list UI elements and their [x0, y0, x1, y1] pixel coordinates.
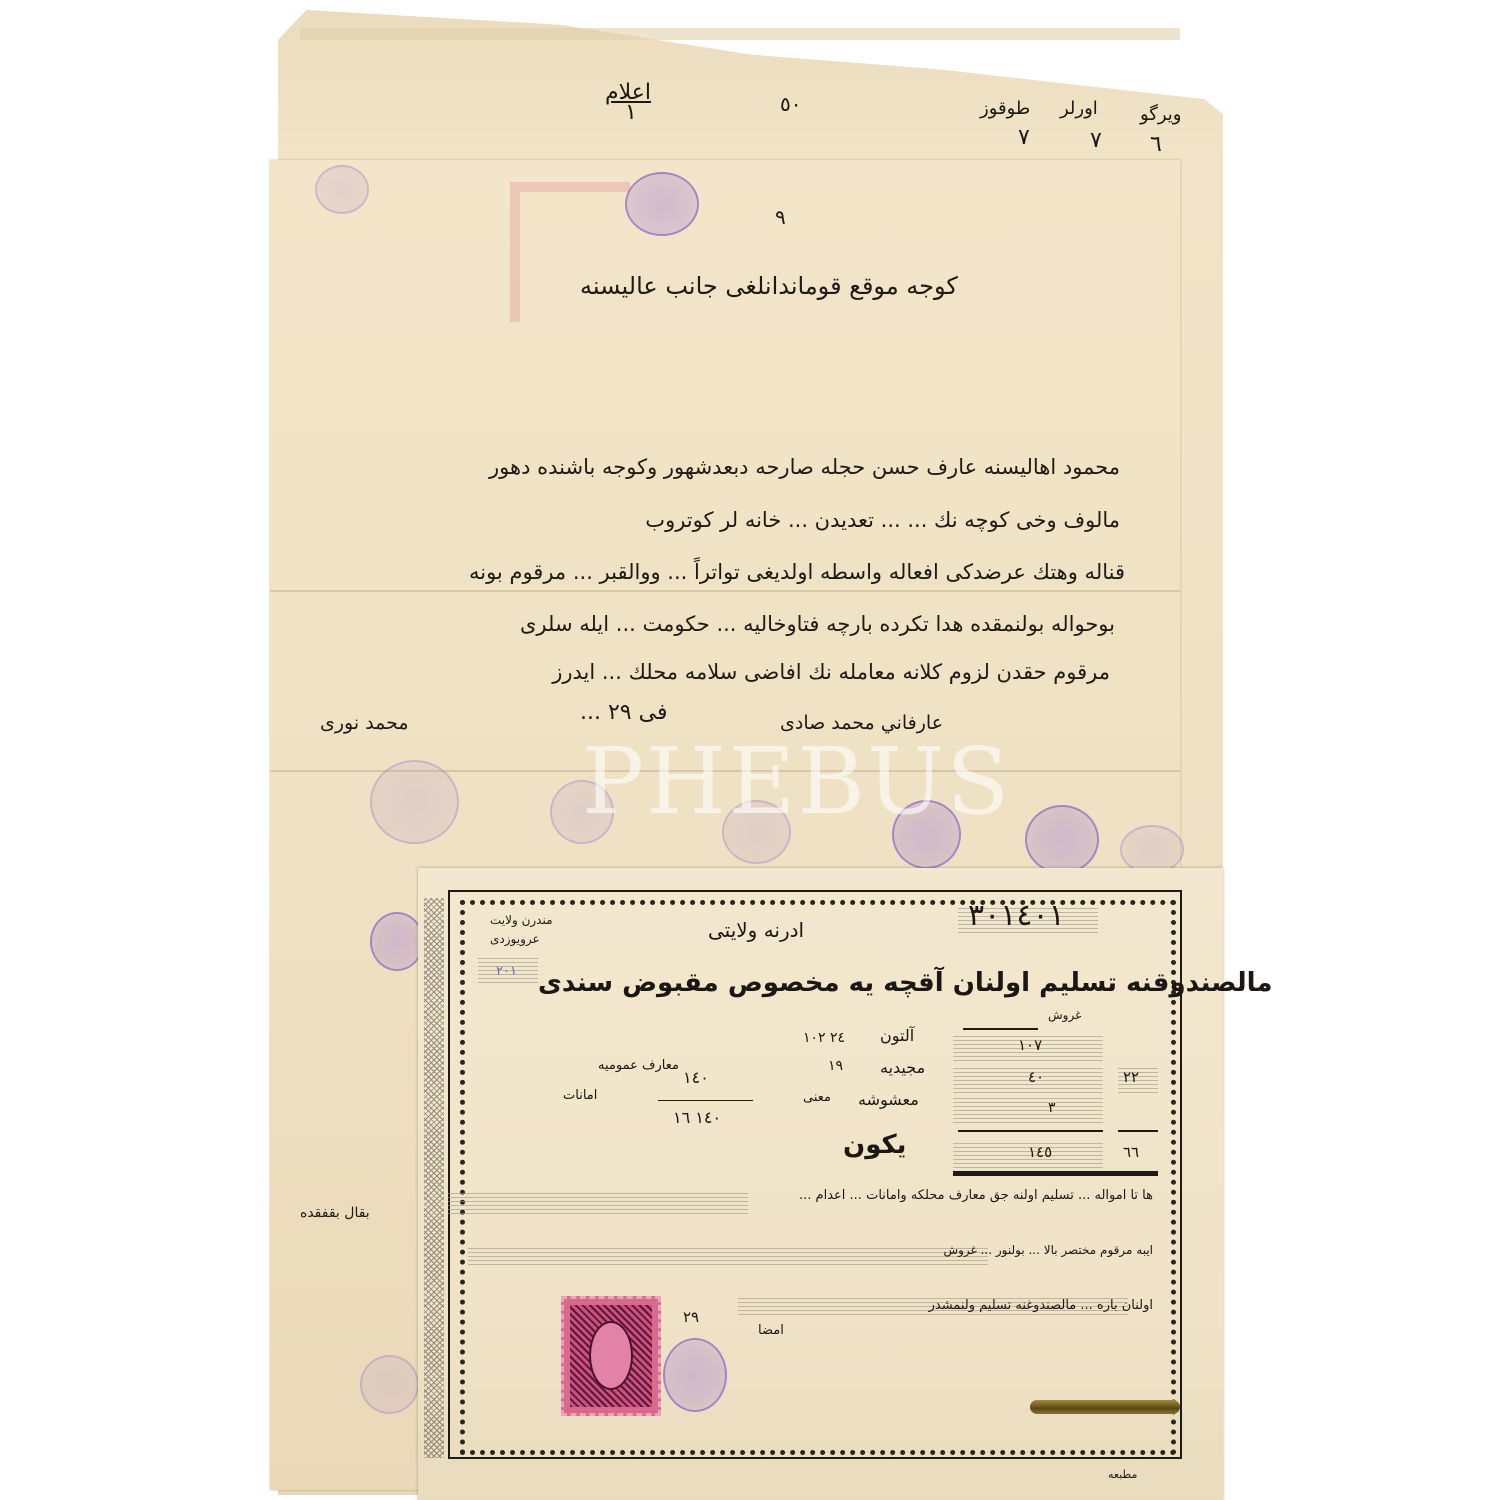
receipt-document: ٣٠١٤٠١ مندرن ولايت عرويوزدى ٢٠١ ادرنه ول… [418, 868, 1223, 1500]
receipt-date: ٢٩ [683, 1308, 699, 1326]
letter-line: بوحواله بولنمقده هدا تكرده بارچه فتاوخال… [520, 612, 1115, 636]
margin-note: بقال بقفقده [300, 1205, 370, 1221]
page-number: ٩ [775, 205, 786, 229]
guilloche-border [424, 898, 444, 1458]
back-header-col-1: طوقوز [980, 98, 1030, 119]
letter-line: مرقوم حقدن لزوم كلانه معامله نك افاضى سل… [552, 660, 1110, 684]
letter-line: محمود اهاليسنه عارف حسن حجله صارحه دبعدش… [489, 455, 1120, 479]
rule [658, 1100, 753, 1101]
receipt-line: اولنان باره ... مالصندوغنه تسليم ولنمشدر [929, 1298, 1153, 1313]
printer-note: مطبعه [1108, 1468, 1137, 1481]
row-amount: ٣ [1048, 1100, 1056, 1116]
row-label: مجيديه [880, 1058, 925, 1077]
letter-line: مالوف وخى كوچه نك ... ... تعديدن ... خان… [645, 508, 1120, 532]
back-header-num-2: ٧ [1090, 128, 1102, 153]
receipt-line: ها تا امواله ... تسليم اولنه جق معارف مح… [799, 1188, 1153, 1203]
province: ادرنه ولايتى [708, 918, 804, 942]
ruled-field [953, 1098, 1103, 1124]
seal-stamp [663, 1338, 727, 1412]
signature-note: امضا [758, 1323, 784, 1338]
side-calc: معارف عموميه [598, 1058, 679, 1073]
side-calc: ١٤٠ ١٦ [673, 1108, 721, 1127]
fold-line [270, 590, 1180, 592]
corner-note: عرويوزدى [490, 932, 540, 946]
ruled-field [468, 1248, 988, 1266]
revenue-stamp [561, 1296, 661, 1416]
serial-number: ٣٠١٤٠١ [968, 898, 1065, 933]
letter-line: قناله وهتك عرضدكى افعاله واسطه اولديغى ت… [469, 560, 1125, 584]
seal-stamp [370, 912, 424, 971]
seal-stamp [1120, 825, 1184, 874]
revenue-stamp-oval [589, 1321, 633, 1390]
seal-stamp [360, 1355, 419, 1414]
currency-header: غروش [1048, 1008, 1081, 1022]
receipt-line: ايبه مرقوم مختصر بالا ... بولنور ... غرو… [943, 1243, 1153, 1257]
side-calc: امانات [563, 1088, 597, 1103]
row-extra: ٢٢ [1123, 1068, 1139, 1086]
corner-note: مندرن ولايت [490, 913, 553, 927]
seal-stamp [1025, 805, 1099, 874]
watermark: PHEBUS [582, 728, 1011, 835]
total-amount: ١٤٥ [1028, 1143, 1052, 1161]
brass-pin [1030, 1400, 1180, 1414]
row-label: آلتون [880, 1026, 914, 1045]
row-amount: ٤٠ [1028, 1068, 1044, 1086]
pink-stain [510, 182, 630, 322]
side-number: ٢٠١ [496, 964, 517, 979]
signature: محمد نورى [320, 712, 409, 734]
back-header-num-3: ٦ [1150, 132, 1162, 157]
rule [958, 1130, 1103, 1132]
back-header-col-2: اورلر [1060, 98, 1098, 119]
row-amount: ١٠٧ [1018, 1036, 1042, 1054]
back-header-mid: ٥٠ [780, 92, 801, 116]
back-sheet-edge [300, 28, 1180, 40]
letter-date: فى ٢٩ ... [580, 700, 667, 725]
total-extra: ٦٦ [1123, 1143, 1139, 1161]
seal-stamp [315, 165, 369, 214]
row-detail: ١٩ [828, 1058, 843, 1074]
back-header-col-3: ويرگو [1140, 104, 1182, 125]
letter-address: كوجه موقع قوماندانلغى جانب عاليسنه [580, 272, 958, 300]
back-header-left-number: ١ [625, 100, 637, 125]
total-rule [953, 1171, 1158, 1176]
ruled-field [448, 1193, 748, 1215]
row-detail: معنى [803, 1090, 831, 1105]
seal-stamp [625, 172, 699, 236]
row-detail: ٢٤ ١٠٢ [803, 1030, 845, 1046]
rule [963, 1028, 1038, 1030]
rule [1118, 1130, 1158, 1132]
seal-stamp [370, 760, 459, 844]
total-label: يكون [843, 1130, 906, 1160]
row-label: معشوشه [858, 1090, 919, 1109]
back-header-num-1: ٧ [1018, 125, 1030, 150]
side-calc: ١٤٠ [683, 1068, 709, 1087]
receipt-title: مالصندوقنه تسليم اولنان آقچه يه مخصوص مق… [538, 968, 1272, 998]
